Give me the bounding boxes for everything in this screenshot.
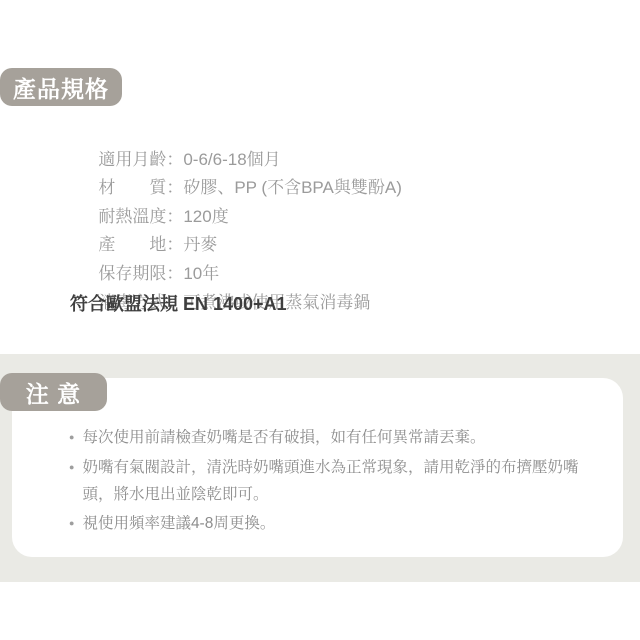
notice-item: ● 奶嘴有氣閥設計，清洗時奶嘴頭進水為正常現象，請用乾淨的布擠壓奶嘴頭，將水甩出… [69, 454, 609, 508]
spec-label: 材 質： [98, 178, 183, 197]
notice-item: ● 每次使用前請檢查奶嘴是否有破損，如有任何異常請丟棄。 [69, 424, 609, 451]
spec-row: 適用月齡：0-6/6-18個月 [70, 117, 402, 146]
spec-label: 產 地： [98, 235, 183, 254]
notice-list: ● 每次使用前請檢查奶嘴是否有破損，如有任何異常請丟棄。 ● 奶嘴有氣閥設計，清… [69, 424, 609, 540]
spec-list: 適用月齡：0-6/6-18個月 材 質：矽膠、PP (不含BPA與雙酚A) 耐熱… [70, 117, 402, 289]
spec-label: 適用月齡： [98, 150, 183, 169]
spec-value: 矽膠、PP (不含BPA與雙酚A) [183, 178, 402, 197]
bullet-dot-icon: ● [69, 510, 74, 537]
spec-value: 120度 [183, 207, 228, 226]
notice-section-badge: 注 意 [0, 373, 107, 411]
spec-label: 耐熱溫度： [98, 207, 183, 226]
spec-value: 0-6/6-18個月 [183, 150, 280, 169]
notice-text: 奶嘴有氣閥設計，清洗時奶嘴頭進水為正常現象，請用乾淨的布擠壓奶嘴頭，將水甩出並陰… [82, 454, 609, 508]
spec-label: 保存期限： [98, 264, 183, 283]
spec-section-badge: 產品規格 [0, 68, 122, 106]
bullet-dot-icon: ● [69, 424, 74, 451]
notice-text: 視使用頻率建議4-8周更換。 [82, 510, 609, 537]
spec-value: 丹麥 [183, 235, 217, 254]
bullet-dot-icon: ● [69, 454, 74, 481]
product-info-page: { "colors": { "page_bg": "#ffffff", "bad… [0, 0, 640, 640]
notice-text: 每次使用前請檢查奶嘴是否有破損，如有任何異常請丟棄。 [82, 424, 609, 451]
notice-section: ● 每次使用前請檢查奶嘴是否有破損，如有任何異常請丟棄。 ● 奶嘴有氣閥設計，清… [0, 354, 640, 582]
compliance-statement: 符合歐盟法規 EN 1400+A1 [70, 294, 287, 314]
notice-item: ● 視使用頻率建議4-8周更換。 [69, 510, 609, 537]
spec-value: 10年 [183, 264, 219, 283]
